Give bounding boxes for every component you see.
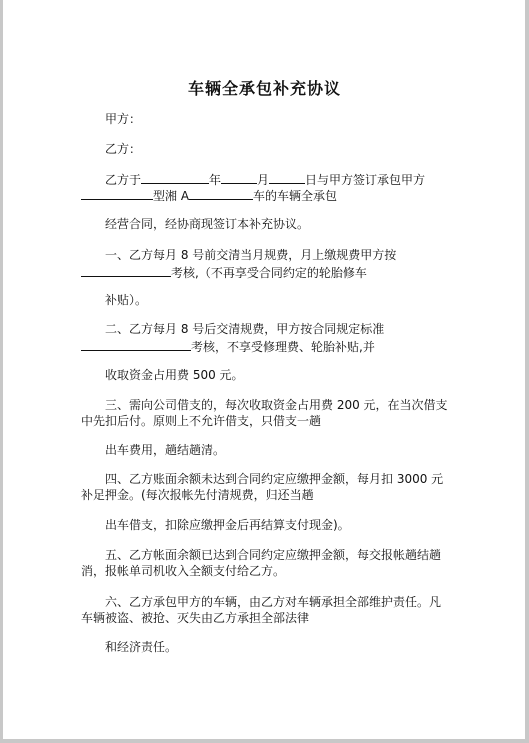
- party-b-label: 乙方：: [105, 142, 141, 156]
- clause-4-line-3: 出车借支，扣除应缴押金后再结算支付现金)。: [105, 518, 350, 532]
- clause-2-line-2: 考核，不享受修理费、轮胎补贴,并: [81, 338, 375, 354]
- clause-6-line-3: 和经济责任。: [105, 640, 177, 654]
- clause-4-line-2: 补足押金。(每次报帐先付清规费，归还当趟: [81, 488, 314, 502]
- clause-2-line-3: 收取资金占用费 500 元。: [105, 368, 244, 382]
- year-label: 年: [209, 173, 221, 187]
- intro-text-start: 乙方于: [105, 173, 141, 187]
- plate-blank[interactable]: [189, 187, 253, 200]
- clause-2-line-1: 二、乙方每月 8 号后交清规费，甲方按合同规定标准: [105, 322, 384, 336]
- intro-text-rest: 车的车辆全承包: [253, 189, 337, 203]
- document-page: [3, 0, 525, 739]
- clause-2-blank[interactable]: [81, 338, 191, 351]
- intro-line-2: 型湘 A车的车辆全承包: [81, 187, 337, 203]
- clause-1-line-2: 考核,（不再享受合同约定的轮胎修车: [81, 264, 367, 280]
- intro-text-day: 日与甲方签订承包甲方: [305, 173, 425, 187]
- clause-3-line-3: 出车费用，趟结趟清。: [105, 443, 225, 457]
- clause-2-text: 考核，不享受修理费、轮胎补贴,并: [191, 340, 375, 354]
- clause-6-line-2: 车辆被盗、被抢、灭失由乙方承担全部法律: [81, 611, 309, 625]
- year-blank[interactable]: [141, 171, 209, 184]
- model-label: 型湘 A: [153, 189, 189, 203]
- clause-5-line-2: 消，报帐单司机收入全额支付给乙方。: [81, 564, 285, 578]
- day-blank[interactable]: [269, 171, 305, 184]
- clause-1-line-1: 一、乙方每月 8 号前交清当月规费，月上缴规费甲方按: [105, 248, 396, 262]
- clause-6-line-1: 六、乙方承包甲方的车辆，由乙方对车辆承担全部维护责任。凡: [105, 595, 441, 609]
- document-title: 车辆全承包补充协议: [0, 76, 529, 99]
- page-border-bottom: [0, 739, 529, 743]
- clause-4-line-1: 四、乙方账面余额未达到合同约定应缴押金额，每月扣 3000 元: [105, 472, 443, 486]
- party-a-label: 甲方：: [105, 112, 141, 126]
- intro-line-1: 乙方于年月日与甲方签订承包甲方: [105, 171, 425, 187]
- page-border-right: [525, 0, 529, 743]
- clause-3-line-2: 中先扣后付。原则上不允许借支，只借支一趟: [81, 414, 321, 428]
- clause-1-line-3: 补贴）。: [105, 293, 147, 307]
- clause-1-text: 考核,（不再享受合同约定的轮胎修车: [171, 266, 367, 280]
- month-label: 月: [257, 173, 269, 187]
- month-blank[interactable]: [221, 171, 257, 184]
- clause-5-line-1: 五、乙方帐面余额已达到合同约定应缴押金额，每交报帐趟结趟: [105, 548, 441, 562]
- intro-line-3: 经营合同，经协商现签订本补充协议。: [105, 217, 309, 231]
- clause-3-line-1: 三、需向公司借支的，每次收取资金占用费 200 元，在当次借支: [105, 398, 448, 412]
- vehicle-blank[interactable]: [81, 187, 153, 200]
- clause-1-blank[interactable]: [81, 264, 171, 277]
